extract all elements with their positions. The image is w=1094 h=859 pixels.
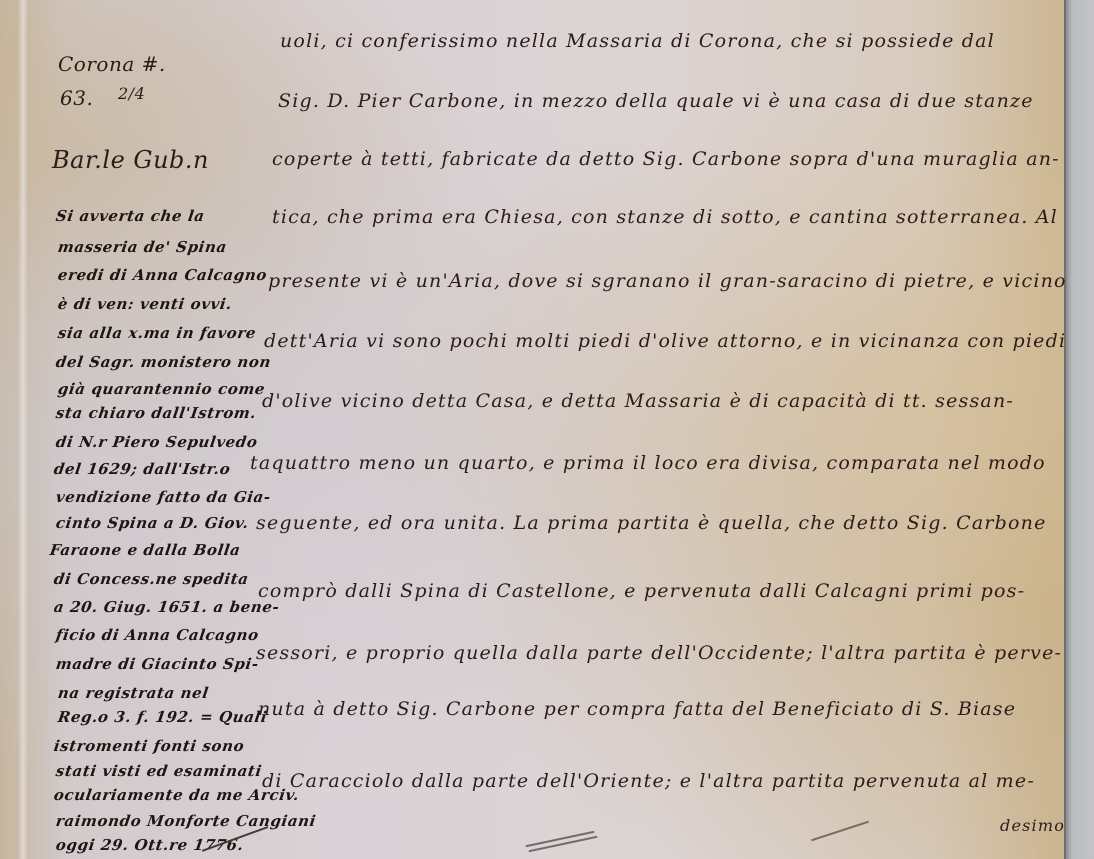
- margin-note-line: cinto Spina a D. Giov.: [55, 514, 250, 532]
- body-line: seguente, ed ora unita. La prima partita…: [256, 512, 1047, 534]
- body-line: coperte à tetti, fabricate da detto Sig.…: [272, 148, 1060, 170]
- margin-note-line: già quarantennio come: [57, 380, 267, 398]
- manuscript-page: Corona #. 63. 2/4 Bar.le Gub.n Si avvert…: [0, 0, 1094, 859]
- margin-signature-name: Bar.le Gub.n: [52, 146, 209, 174]
- margin-note-line: sta chiaro dall'Istrom.: [55, 404, 258, 422]
- margin-note-line: Faraone e dalla Bolla: [49, 541, 242, 559]
- body-line: comprò dalli Spina di Castellone, e perv…: [258, 580, 1025, 602]
- margin-note-line: masseria de' Spina: [57, 238, 228, 256]
- margin-entry-number: 63.: [60, 86, 93, 110]
- margin-note-line: sia alla x.ma in favore: [57, 324, 258, 342]
- margin-note-line: Si avverta che la: [55, 207, 206, 225]
- paper-fold-crease: [18, 0, 28, 859]
- margin-note-line: stati visti ed esaminati: [55, 762, 263, 780]
- body-line: d'olive vicino detta Casa, e detta Massa…: [262, 390, 1014, 412]
- page-right-edge: [1064, 0, 1094, 859]
- margin-note-line: vendizione fatto da Gia-: [55, 488, 272, 506]
- catchword: desimo: [1000, 816, 1065, 835]
- body-line: sessori, e proprio quella dalla parte de…: [256, 642, 1062, 664]
- body-line: Sig. D. Pier Carbone, in mezzo della qua…: [278, 90, 1034, 112]
- body-line: taquattro meno un quarto, e prima il loc…: [250, 452, 1046, 474]
- margin-note-line: raimondo Monforte Cangiani: [55, 812, 318, 830]
- margin-note-line: è di ven: venti ovvi.: [57, 295, 234, 313]
- margin-note-line: di N.r Piero Sepulvedo: [55, 433, 259, 451]
- margin-note-line: del 1629; dall'Istr.o: [53, 460, 232, 478]
- margin-note-line: del Sagr. monistero non: [55, 353, 273, 371]
- margin-fraction: 2/4: [118, 84, 145, 103]
- margin-note-line: istromenti fonti sono: [53, 737, 246, 755]
- body-line: nuta à detto Sig. Carbone per compra fat…: [258, 698, 1016, 720]
- margin-note-line: Reg.o 3. f. 192. = Quali: [57, 708, 269, 726]
- margin-note-line: ficio di Anna Calcagno: [55, 626, 260, 644]
- margin-note-line: na registrata nel: [57, 684, 210, 702]
- body-line: uoli, ci conferissimo nella Massaria di …: [280, 30, 995, 52]
- body-line: tica, che prima era Chiesa, con stanze d…: [272, 206, 1058, 228]
- margin-place-name: Corona #.: [58, 52, 166, 76]
- body-line: presente vi è un'Aria, dove si sgranano …: [268, 270, 1067, 292]
- margin-note-line: madre di Giacinto Spi-: [55, 655, 260, 673]
- margin-note-line: di Concess.ne spedita: [53, 570, 250, 588]
- margin-note-line: eredi di Anna Calcagno: [57, 266, 269, 284]
- end-stroke-decoration: [811, 821, 869, 841]
- body-line: dett'Aria vi sono pochi molti piedi d'ol…: [264, 330, 1066, 352]
- body-line: di Caracciolo dalla parte dell'Oriente; …: [262, 770, 1035, 792]
- margin-note-line: a 20. Giug. 1651. a bene-: [53, 598, 281, 616]
